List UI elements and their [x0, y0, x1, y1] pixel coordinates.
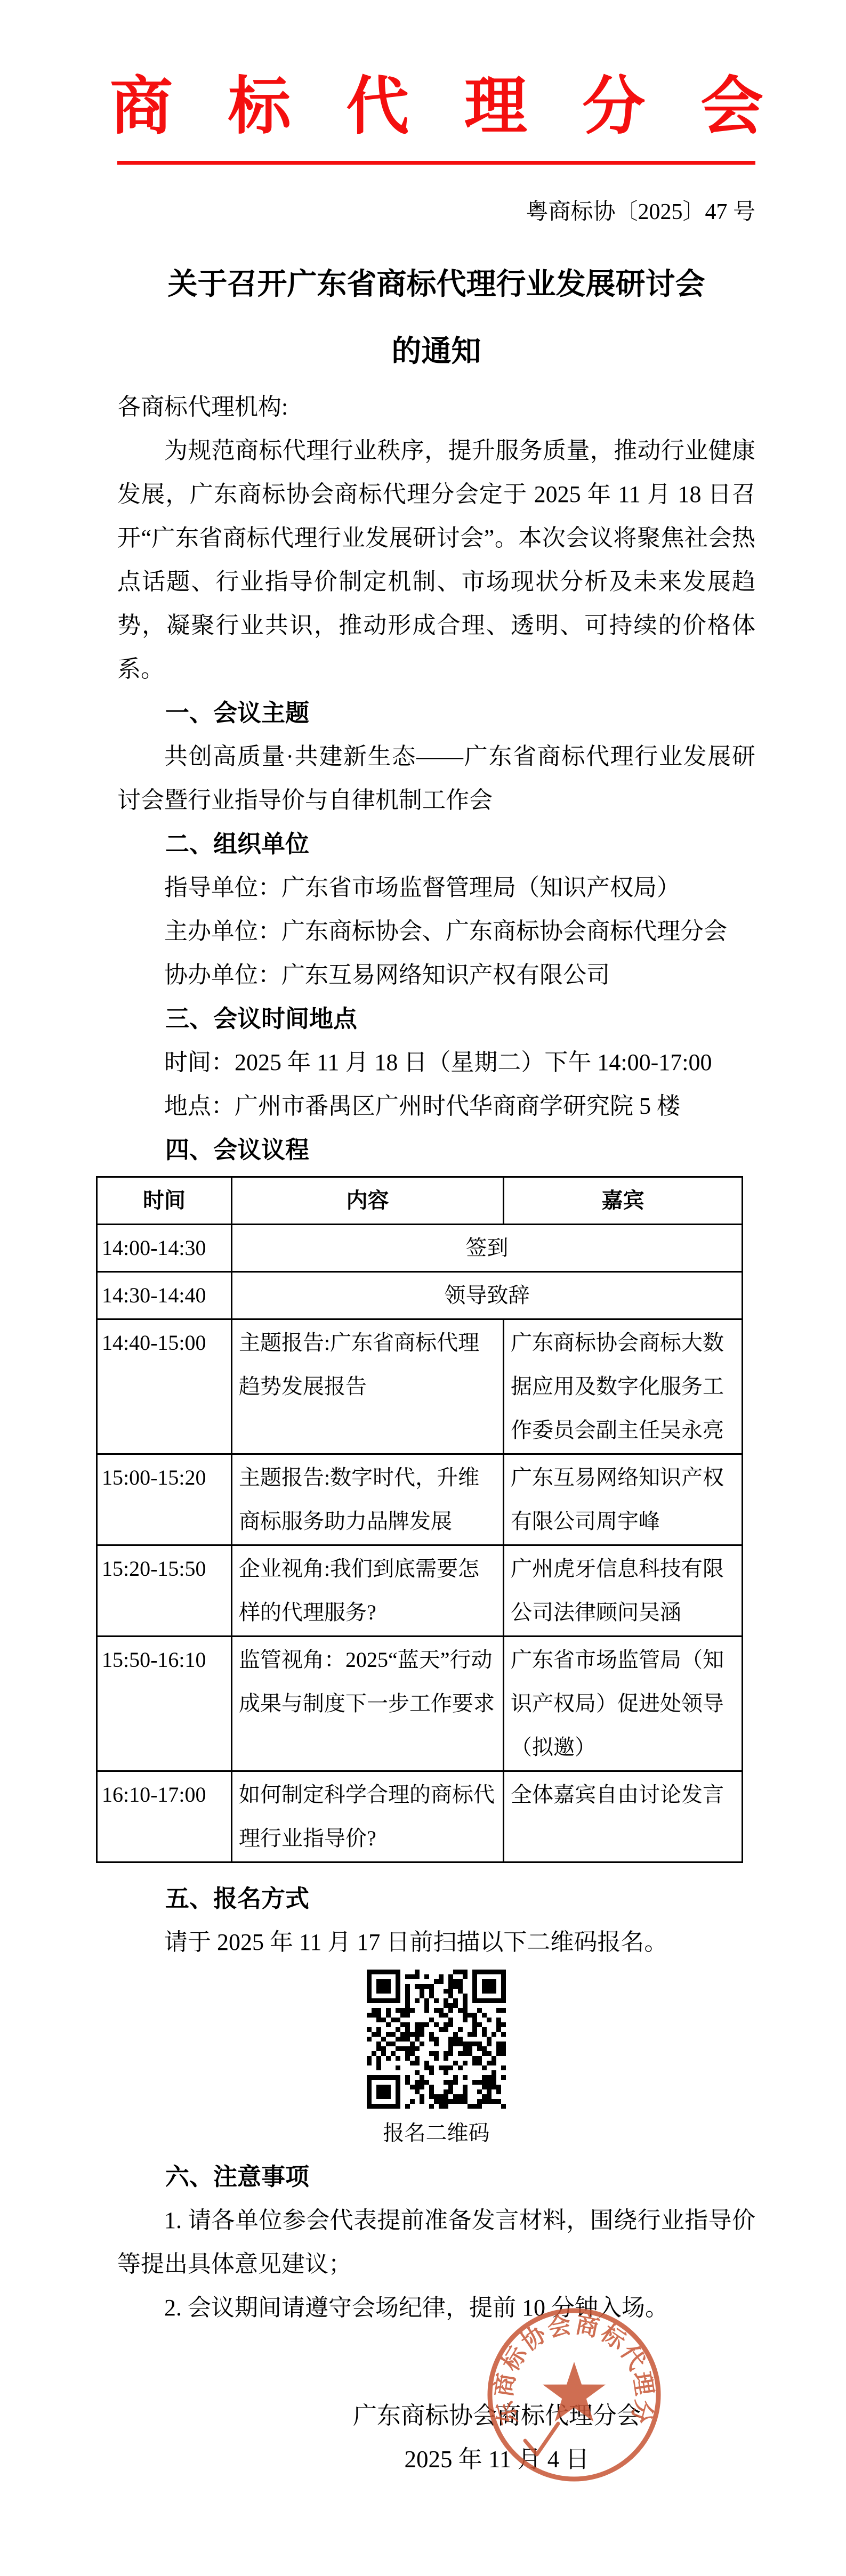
co-organizer-line: 协办单位：广东互易网络知识产权有限公司: [117, 953, 755, 997]
agenda-row: 15:50-16:10 监管视角：2025“蓝天”行动成果与制度下一步工作要求 …: [97, 1637, 743, 1771]
content-cell: 主题报告:数字时代，升维商标服务助力品牌发展: [232, 1454, 504, 1545]
notice-title: 关于召开广东省商标代理行业发展研讨会 的通知: [117, 251, 755, 385]
doc-number: 粤商标协〔2025〕47 号: [117, 199, 755, 225]
masthead-divider: [117, 161, 755, 165]
time-cell: 15:00-15:20: [97, 1454, 232, 1545]
masthead-char: 标: [228, 75, 291, 140]
col-header-content: 内容: [232, 1177, 504, 1225]
section-heading-notes: 六、注意事项: [117, 2155, 755, 2199]
intro-paragraph: 为规范商标代理行业秩序，提升服务质量，推动行业健康发展，广东商标协会商标代理分会…: [117, 429, 755, 691]
content-cell: 签到: [232, 1225, 743, 1272]
agenda-row: 15:20-15:50 企业视角:我们到底需要怎样的代理服务? 广州虎牙信息科技…: [97, 1545, 743, 1637]
agenda-row: 15:00-15:20 主题报告:数字时代，升维商标服务助力品牌发展 广东互易网…: [97, 1454, 743, 1545]
time-cell: 14:30-14:40: [97, 1272, 232, 1319]
section-heading-agenda: 四、会议议程: [117, 1128, 755, 1172]
guiding-unit-line: 指导单位：广东省市场监督管理局（知识产权局）: [117, 866, 755, 910]
guest-cell: 广州虎牙信息科技有限公司法律顾问吴涵: [504, 1545, 743, 1637]
section-heading-topic: 一、会议主题: [117, 691, 755, 735]
col-header-time: 时间: [97, 1177, 232, 1225]
agenda-row: 14:30-14:40 领导致辞: [97, 1272, 743, 1319]
time-cell: 14:40-15:00: [97, 1319, 232, 1454]
meeting-time-line: 时间：2025 年 11 月 18 日（星期二）下午 14:00-17:00: [117, 1041, 755, 1084]
notice-title-line1: 关于召开广东省商标代理行业发展研讨会: [117, 251, 755, 318]
host-unit-line: 主办单位：广东商标协会、广东商标协会商标代理分会: [117, 910, 755, 953]
time-cell: 14:00-14:30: [97, 1225, 232, 1272]
section-heading-time-place: 三、会议时间地点: [117, 997, 755, 1041]
topic-body: 共创高质量·共建新生态——广东省商标代理行业发展研讨会暨行业指导价与自律机制工作…: [117, 735, 755, 822]
salutation: 各商标代理机构:: [117, 385, 755, 429]
signup-instruction: 请于 2025 年 11 月 17 日前扫描以下二维码报名。: [117, 1921, 755, 1964]
qr-wrap: [117, 1970, 755, 2111]
agenda-row: 16:10-17:00 如何制定科学合理的商标代理行业指导价? 全体嘉宾自由讨论…: [97, 1771, 743, 1862]
guest-cell: 广东省市场监管局（知识产权局）促进处领导（拟邀）: [504, 1637, 743, 1771]
masthead-char: 商: [110, 75, 173, 140]
time-cell: 15:20-15:50: [97, 1545, 232, 1637]
agenda-header-row: 时间 内容 嘉宾: [97, 1177, 743, 1225]
agenda-row: 14:40-15:00 主题报告:广东省商标代理趋势发展报告 广东商标协会商标大…: [97, 1319, 743, 1454]
agenda-row: 14:00-14:30 签到: [97, 1225, 743, 1272]
masthead-title: 商 标 代 理 分 会: [110, 75, 763, 140]
agenda-table: 时间 内容 嘉宾 14:00-14:30 签到 14:30-14:40 领导致辞…: [96, 1176, 743, 1863]
qr-code: [367, 1970, 506, 2109]
masthead-char: 代: [346, 75, 409, 140]
masthead-char: 理: [464, 75, 527, 140]
time-cell: 16:10-17:00: [97, 1771, 232, 1862]
guest-cell: 广东商标协会商标大数据应用及数字化服务工作委员会副主任吴永亮: [504, 1319, 743, 1454]
seal-star: [543, 2362, 606, 2421]
document-page: 商 标 代 理 分 会 粤商标协〔2025〕47 号 关于召开广东省商标代理行业…: [0, 0, 846, 2576]
masthead-char: 会: [700, 75, 763, 140]
content-cell: 企业视角:我们到底需要怎样的代理服务?: [232, 1545, 504, 1637]
section-heading-organizers: 二、组织单位: [117, 822, 755, 866]
content-cell: 如何制定科学合理的商标代理行业指导价?: [232, 1771, 504, 1862]
section-heading-signup: 五、报名方式: [117, 1877, 755, 1921]
content-cell: 领导致辞: [232, 1272, 743, 1319]
official-seal: 广东商标协会商标代理分会: [482, 2303, 666, 2486]
content-cell: 监管视角：2025“蓝天”行动成果与制度下一步工作要求: [232, 1637, 504, 1771]
col-header-guest: 嘉宾: [504, 1177, 743, 1225]
masthead-char: 分: [582, 75, 645, 140]
content-cell: 主题报告:广东省商标代理趋势发展报告: [232, 1319, 504, 1454]
guest-cell: 广东互易网络知识产权有限公司周宇峰: [504, 1454, 743, 1545]
meeting-place-line: 地点：广州市番禺区广州时代华商商学研究院 5 楼: [117, 1084, 755, 1128]
guest-cell: 全体嘉宾自由讨论发言: [504, 1771, 743, 1862]
notice-item-1: 1. 请各单位参会代表提前准备发言材料，围绕行业指导价等提出具体意见建议；: [117, 2199, 755, 2286]
time-cell: 15:50-16:10: [97, 1637, 232, 1771]
notice-title-line2: 的通知: [117, 318, 755, 385]
qr-caption: 报名二维码: [117, 2111, 755, 2155]
seal-check-mark: [525, 2424, 558, 2455]
